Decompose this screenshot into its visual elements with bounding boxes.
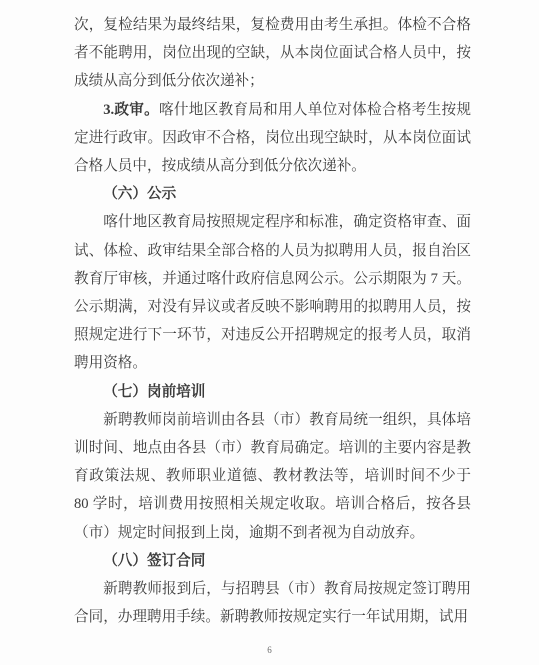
paragraph: 喀什地区教育局按照规定程序和标准，确定资格审查、面试、体检、政审结果全部合格的人… <box>74 208 471 377</box>
document-page: 次，复检结果为最终结果，复检费用由考生承担。体检不合格者不能聘用，岗位出现的空缺… <box>0 0 539 665</box>
document-body: 次，复检结果为最终结果，复检费用由考生承担。体检不合格者不能聘用，岗位出现的空缺… <box>74 11 471 631</box>
heading-text: （七）岗前培训 <box>103 384 205 400</box>
page-number: 6 <box>0 645 539 655</box>
section-heading: （六）公示 <box>74 180 471 208</box>
section-heading: （七）岗前培训 <box>74 378 471 406</box>
paragraph: 新聘教师报到后，与招聘县（市）教育局按规定签订聘用合同，办理聘用手续。新聘教师按… <box>74 575 471 631</box>
paragraph: 次，复检结果为最终结果，复检费用由考生承担。体检不合格者不能聘用，岗位出现的空缺… <box>74 11 471 96</box>
paragraph-text: 新聘教师岗前培训由各县（市）教育局统一组织，具体培训时间、地点由各县（市）教育局… <box>74 412 471 541</box>
paragraph: 新聘教师岗前培训由各县（市）教育局统一组织，具体培训时间、地点由各县（市）教育局… <box>74 406 471 547</box>
heading-text: （八）签订合同 <box>103 553 205 569</box>
paragraph-text: 新聘教师报到后，与招聘县（市）教育局按规定签订聘用合同，办理聘用手续。新聘教师按… <box>74 581 471 625</box>
paragraph: 3.政审。喀什地区教育局和用人单位对体检合格考生按规定进行政审。因政审不合格，岗… <box>74 96 471 181</box>
section-heading: （八）签订合同 <box>74 547 471 575</box>
bold-lead: 3.政审。 <box>103 102 159 118</box>
paragraph-text: 次，复检结果为最终结果，复检费用由考生承担。体检不合格者不能聘用，岗位出现的空缺… <box>74 17 471 89</box>
heading-text: （六）公示 <box>103 186 176 202</box>
paragraph-text: 喀什地区教育局按照规定程序和标准，确定资格审查、面试、体检、政审结果全部合格的人… <box>74 214 471 371</box>
